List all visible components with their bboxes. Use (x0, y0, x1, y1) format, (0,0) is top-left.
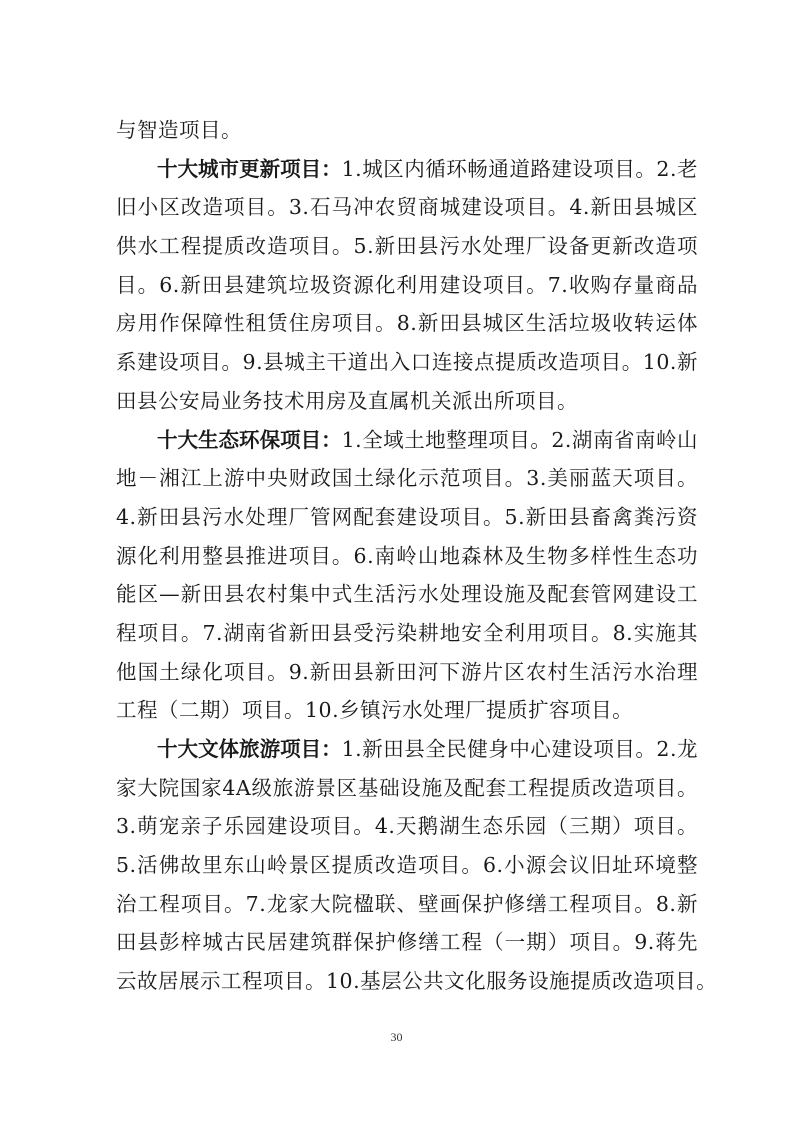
text-line: 供水工程提质改造项目。5.新田县污水处理厂设备更新改造项 (116, 227, 698, 266)
text-line: 治工程项目。7.龙家大院楹联、壁画保护修缮工程项目。8.新 (116, 885, 698, 924)
section-heading-urban-renewal: 十大城市更新项目： (157, 157, 342, 181)
text-line: 与智造项目。 (116, 111, 698, 150)
text-line: 程项目。7.湖南省新田县受污染耕地安全利用项目。8.实施其 (116, 614, 698, 653)
text-line: 5.活佛故里东山岭景区提质改造项目。6.小源会议旧址环境整 (116, 846, 698, 885)
paragraph-eco-protection-first-line: 十大生态环保项目：1.全域土地整理项目。2.湖南省南岭山 (116, 421, 698, 460)
text-fragment: 1.城区内循环畅通道路建设项目。2.老 (342, 157, 698, 181)
text-line: 地－湘江上游中央财政国土绿化示范项目。3.美丽蓝天项目。 (116, 459, 698, 498)
text-line: 能区—新田县农村集中式生活污水处理设施及配套管网建设工 (116, 575, 698, 614)
text-line: 工程（二期）项目。10.乡镇污水处理厂提质扩容项目。 (116, 691, 698, 730)
section-heading-eco-protection: 十大生态环保项目： (157, 428, 342, 452)
text-line: 旧小区改造项目。3.石马冲农贸商城建设项目。4.新田县城区 (116, 188, 698, 227)
text-line: 田县彭梓城古民居建筑群保护修缮工程（一期）项目。9.蒋先 (116, 923, 698, 962)
text-fragment: 1.全域土地整理项目。2.湖南省南岭山 (342, 428, 698, 452)
page-number: 30 (0, 1030, 793, 1045)
text-line: 家大院国家4A级旅游景区基础设施及配套工程提质改造项目。 (116, 769, 698, 808)
section-heading-culture-tourism: 十大文体旅游项目： (157, 737, 342, 761)
text-line: 云故居展示工程项目。10.基层公共文化服务设施提质改造项目。 (116, 962, 698, 1001)
text-line: 目。6.新田县建筑垃圾资源化利用建设项目。7.收购存量商品 (116, 266, 698, 305)
text-line: 源化利用整县推进项目。6.南岭山地森林及生物多样性生态功 (116, 537, 698, 576)
text-line: 4.新田县污水处理厂管网配套建设项目。5.新田县畜禽粪污资 (116, 498, 698, 537)
document-body: 与智造项目。 十大城市更新项目：1.城区内循环畅通道路建设项目。2.老 旧小区改… (116, 111, 698, 1001)
text-line: 他国土绿化项目。9.新田县新田河下游片区农村生活污水治理 (116, 653, 698, 692)
text-line: 系建设项目。9.县城主干道出入口连接点提质改造项目。10.新 (116, 343, 698, 382)
paragraph-culture-tourism-first-line: 十大文体旅游项目：1.新田县全民健身中心建设项目。2.龙 (116, 730, 698, 769)
text-line: 3.萌宠亲子乐园建设项目。4.天鹅湖生态乐园（三期）项目。 (116, 807, 698, 846)
text-line: 田县公安局业务技术用房及直属机关派出所项目。 (116, 382, 698, 421)
document-page: 与智造项目。 十大城市更新项目：1.城区内循环畅通道路建设项目。2.老 旧小区改… (0, 0, 793, 1122)
paragraph-urban-renewal-first-line: 十大城市更新项目：1.城区内循环畅通道路建设项目。2.老 (116, 150, 698, 189)
text-line: 房用作保障性租赁住房项目。8.新田县城区生活垃圾收转运体 (116, 304, 698, 343)
text-fragment: 1.新田县全民健身中心建设项目。2.龙 (342, 737, 698, 761)
